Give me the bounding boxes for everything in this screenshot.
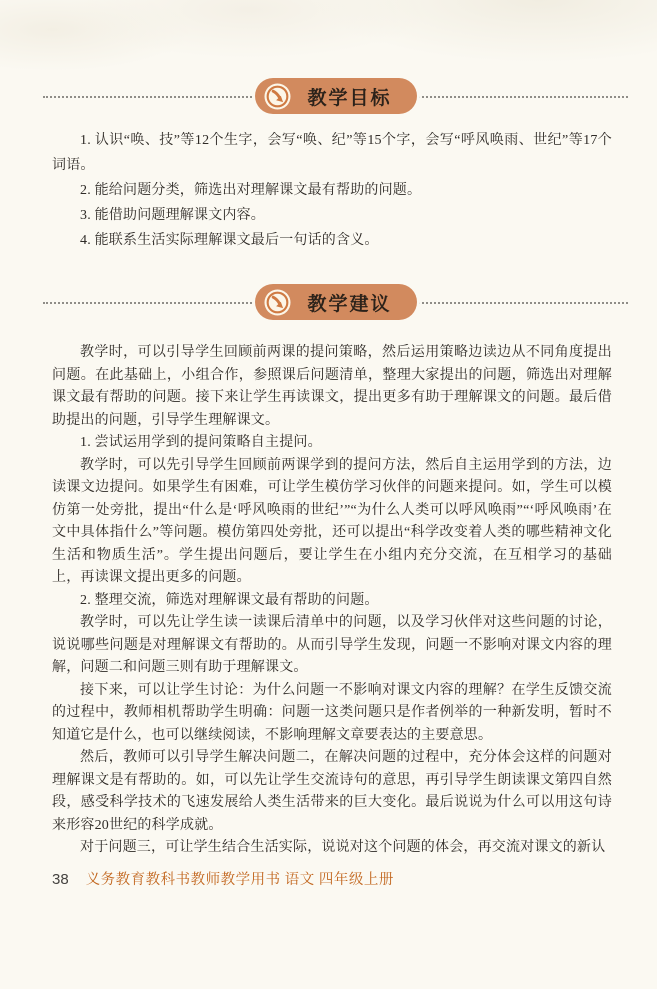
body-paragraph: 教学时，可以先让学生读一读课后清单中的问题，以及学习伙伴对这些问题的讨论，说说哪… bbox=[52, 612, 612, 680]
objective-item: 3. 能借助问题理解课文内容。 bbox=[52, 203, 612, 228]
objective-item: 2. 能给问题分类，筛选出对理解课文最有帮助的问题。 bbox=[52, 178, 612, 203]
page-number: 38 bbox=[52, 871, 69, 889]
body-paragraph: 教学时，可以引导学生回顾前两课的提问策略，然后运用策略边读边从不同角度提出问题。… bbox=[52, 342, 612, 432]
body-paragraph: 然后，教师可以引导学生解决问题二，在解决问题的过程中，充分体会这样的问题对理解课… bbox=[52, 747, 612, 837]
objectives-badge-label: 教学目标 bbox=[291, 83, 417, 110]
section-header-suggestions: 教学建议 bbox=[43, 284, 628, 320]
suggestions-badge: 教学建议 bbox=[255, 284, 417, 320]
page-footer: 38 义务教育教科书教师教学用书 语文 四年级上册 bbox=[52, 871, 612, 889]
suggestions-badge-label: 教学建议 bbox=[291, 289, 417, 316]
objectives-list: 1. 认识“唤、技”等12个生字，会写“唤、纪”等15个字，会写“呼风唤雨、世纪… bbox=[52, 128, 612, 253]
body-paragraph: 接下来，可以让学生讨论：为什么问题一不影响对课文内容的理解？在学生反馈交流的过程… bbox=[52, 680, 612, 748]
book-page: 教学目标 1. 认识“唤、技”等12个生字，会写“唤、纪”等15个字，会写“呼风… bbox=[0, 0, 657, 989]
body-paragraph: 教学时，可以先引导学生回顾前两课学到的提问方法，然后自主运用学到的方法，边读课文… bbox=[52, 455, 612, 590]
footer-book-title: 义务教育教科书教师教学用书 语文 四年级上册 bbox=[86, 871, 394, 889]
body-paragraph: 1. 尝试运用学到的提问策略自主提问。 bbox=[52, 432, 612, 455]
objectives-badge: 教学目标 bbox=[255, 78, 417, 114]
objective-item: 1. 认识“唤、技”等12个生字，会写“唤、纪”等15个字，会写“呼风唤雨、世纪… bbox=[52, 128, 612, 178]
section-header-objectives: 教学目标 bbox=[43, 78, 628, 114]
objective-item: 4. 能联系生活实际理解课文最后一句话的含义。 bbox=[52, 228, 612, 253]
arrow-down-right-icon bbox=[264, 83, 291, 110]
suggestions-body: 教学时，可以引导学生回顾前两课的提问策略，然后运用策略边读边从不同角度提出问题。… bbox=[52, 342, 612, 860]
arrow-down-right-icon bbox=[264, 289, 291, 316]
body-paragraph: 对于问题三，可让学生结合生活实际，说说对这个问题的体会，再交流对课文的新认 bbox=[52, 837, 612, 860]
body-paragraph: 2. 整理交流，筛选对理解课文最有帮助的问题。 bbox=[52, 590, 612, 613]
